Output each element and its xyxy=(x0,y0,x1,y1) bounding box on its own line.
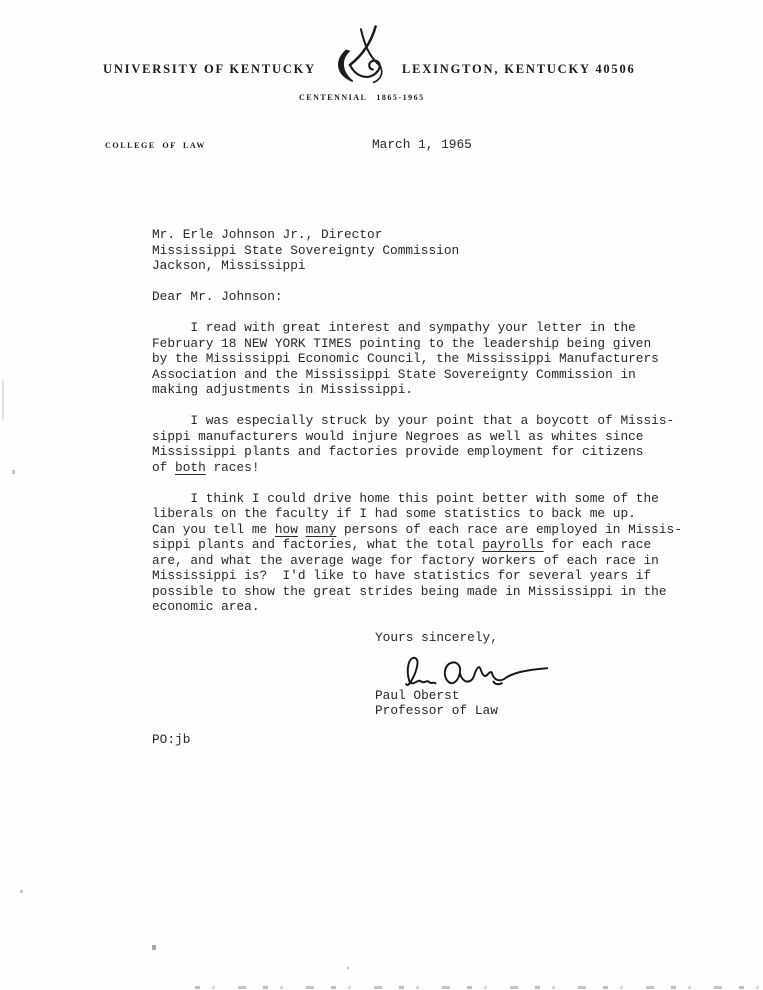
letter-line: sippi manufacturers would injure Negroes… xyxy=(152,429,742,445)
text-segment: I read with great interest and sympathy … xyxy=(152,320,636,335)
letter-line: Mississippi plants and factories provide… xyxy=(152,444,742,460)
letter-date: March 1, 1965 xyxy=(372,137,472,152)
paragraphs-container: Mr. Erle Johnson Jr., DirectorMississipp… xyxy=(152,227,742,615)
closing-block: Yours sincerely, Paul Oberst Professor o… xyxy=(375,630,742,719)
text-segment: liberals on the faculty if I had some st… xyxy=(152,506,636,521)
letter-line: of both races! xyxy=(152,460,742,476)
letter-line: liberals on the faculty if I had some st… xyxy=(152,506,742,522)
text-segment: making adjustments in Mississippi. xyxy=(152,382,413,397)
letter-line: I read with great interest and sympathy … xyxy=(152,320,742,336)
letter-line: Jackson, Mississippi xyxy=(152,258,742,274)
centennial-line: CENTENNIAL 1865-1965 xyxy=(299,93,425,102)
letter-line: making adjustments in Mississippi. xyxy=(152,382,742,398)
letter-line: Mr. Erle Johnson Jr., Director xyxy=(152,227,742,243)
text-segment: I was especially struck by your point th… xyxy=(152,413,674,428)
letter-line: sippi plants and factories, what the tot… xyxy=(152,537,742,553)
letter-line: possible to show the great strides being… xyxy=(152,584,742,600)
letter-line: February 18 NEW YORK TIMES pointing to t… xyxy=(152,336,742,352)
paragraph-1: I read with great interest and sympathy … xyxy=(152,320,742,398)
text-segment: Mr. Erle Johnson Jr., Director xyxy=(152,227,382,242)
university-location: LEXINGTON, KENTUCKY 40506 xyxy=(402,62,636,77)
scan-noise-strip xyxy=(195,986,763,989)
closing-salutation: Yours sincerely, xyxy=(375,630,742,646)
text-segment: Jackson, Mississippi xyxy=(152,258,306,273)
text-segment: I think I could drive home this point be… xyxy=(152,491,659,506)
letter-line: are, and what the average wage for facto… xyxy=(152,553,742,569)
letter-line: economic area. xyxy=(152,599,742,615)
text-segment: Dear Mr. Johnson: xyxy=(152,289,283,304)
letter-line: Mississippi State Sovereignty Commission xyxy=(152,243,742,259)
text-segment: Association and the Mississippi State So… xyxy=(152,367,636,382)
letter-line: Mississippi is? I'd like to have statist… xyxy=(152,568,742,584)
text-segment: of xyxy=(152,460,175,475)
text-segment: races! xyxy=(206,460,260,475)
text-segment: sippi manufacturers would injure Negroes… xyxy=(152,429,643,444)
text-segment: persons of each race are employed in Mis… xyxy=(336,522,682,537)
text-segment: Can you tell me xyxy=(152,522,275,537)
signature-handwriting xyxy=(389,648,561,690)
underlined-text: many xyxy=(306,522,337,537)
text-segment: Mississippi State Sovereignty Commission xyxy=(152,243,459,258)
university-name: UNIVERSITY OF KENTUCKY xyxy=(103,62,316,77)
text-segment: possible to show the great strides being… xyxy=(152,584,667,599)
text-segment: by the Mississippi Economic Council, the… xyxy=(152,351,659,366)
underlined-text: how xyxy=(275,522,298,537)
scan-speck xyxy=(12,470,15,474)
scan-speck xyxy=(347,967,349,969)
underlined-text: both xyxy=(175,460,206,475)
letter-line: Dear Mr. Johnson: xyxy=(152,289,742,305)
text-segment: economic area. xyxy=(152,599,260,614)
recipient-address: Mr. Erle Johnson Jr., DirectorMississipp… xyxy=(152,227,742,274)
text-segment: Mississippi plants and factories provide… xyxy=(152,444,643,459)
signature-title: Professor of Law xyxy=(375,703,742,719)
signature-name: Paul Oberst xyxy=(375,688,742,704)
paragraph-3: I think I could drive home this point be… xyxy=(152,491,742,615)
salutation: Dear Mr. Johnson: xyxy=(152,289,742,305)
typist-reference: PO:jb xyxy=(152,732,742,748)
letter-line: Association and the Mississippi State So… xyxy=(152,367,742,383)
letter-line: by the Mississippi Economic Council, the… xyxy=(152,351,742,367)
scan-speck xyxy=(152,945,156,950)
text-segment: February 18 NEW YORK TIMES pointing to t… xyxy=(152,336,651,351)
scanned-letter-page: UNIVERSITY OF KENTUCKY LEXINGTON, KENTUC… xyxy=(0,0,763,990)
letter-line: Can you tell me how many persons of each… xyxy=(152,522,742,538)
scan-speck xyxy=(2,380,4,420)
letter-line: I think I could drive home this point be… xyxy=(152,491,742,507)
text-segment: for each race xyxy=(544,537,652,552)
letter-line: I was especially struck by your point th… xyxy=(152,413,742,429)
letter-body: Mr. Erle Johnson Jr., DirectorMississipp… xyxy=(152,227,742,747)
text-segment xyxy=(298,522,306,537)
text-segment: Mississippi is? I'd like to have statist… xyxy=(152,568,651,583)
text-segment: are, and what the average wage for facto… xyxy=(152,553,659,568)
text-segment: sippi plants and factories, what the tot… xyxy=(152,537,482,552)
underlined-text: payrolls xyxy=(482,537,543,552)
centennial-logo-icon xyxy=(328,24,392,94)
scan-speck xyxy=(20,890,23,893)
department-name: COLLEGE OF LAW xyxy=(105,141,206,150)
paragraph-2: I was especially struck by your point th… xyxy=(152,413,742,475)
